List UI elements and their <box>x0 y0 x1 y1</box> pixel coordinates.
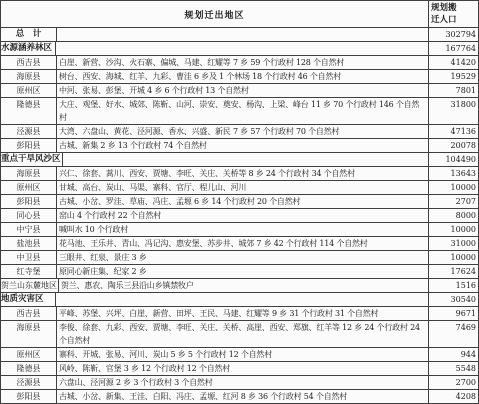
region-villages-text: 甘城、高台、炭山、马渠、寨科、官厅、程儿山、河川 <box>57 181 428 194</box>
region-name: 海原县 <box>1 70 56 83</box>
region-villages-text: 古城、新集 2 乡 13 个行政村 74 个自然村 <box>57 139 428 152</box>
table-row: 盐池县 花马池、王乐井、青山、冯记沟、惠安堡、苏步井、城郊 7 乡 42 个行政… <box>1 236 478 250</box>
population-value: 30540 <box>428 293 478 306</box>
population-value: 7801 <box>428 84 478 97</box>
region-name: 重点干旱风沙区 <box>1 153 62 166</box>
population-value: 5548 <box>428 362 478 375</box>
population-value: 20078 <box>428 139 478 152</box>
region-name: 中宁县 <box>1 223 56 236</box>
table-row: 中卫县 三眼井、红泉、景庄 3 乡 10000 <box>1 250 478 264</box>
population-value: 10000 <box>428 251 478 264</box>
population-value: 47136 <box>428 125 478 138</box>
population-value: 8000 <box>428 209 478 222</box>
region-villages-text: 白崖、新营、沙沟、火石寨、偏城、马建、红耀等 7 乡 59 个行政村 128 个… <box>57 56 428 69</box>
region-villages-text: 窑山 4 个行政村 22 个自然村 <box>57 209 428 222</box>
region-villages-text: 贺兰、惠农、陶乐三县沿山乡镇禁牧户 <box>59 279 428 292</box>
table-row: 隆德县 风岭、陈靳、官堡 3 乡 12 个行政村 12 个自然村 5548 <box>1 361 478 375</box>
region-name: 地质灾害区 <box>1 293 55 306</box>
header-population-line1: 规划搬 <box>431 2 478 14</box>
table-row: 重点干旱风沙区 104490 <box>1 152 478 166</box>
region-name: 红寺堡 <box>1 265 56 278</box>
table-row: 原州区 寨科、开城、张易、河川、炭山 5 乡 5 个行政村 12 个自然村 94… <box>1 347 478 361</box>
region-villages-text: 三眼井、红泉、景庄 3 乡 <box>57 251 428 264</box>
region-villages-text <box>57 28 428 41</box>
region-name: 彭阳县 <box>1 195 56 208</box>
region-villages-text: 大庄、观堡、好水、城郊、陈靳、山河、崇安、奠安、杨沟、上梁、峰台 11 乡 70… <box>57 98 428 124</box>
region-villages-text: 大湾、六盘山、黄花、泾河源、香水、兴盛、新民 7 乡 57 个行政村 70 个自… <box>57 125 428 138</box>
table-row: 红寺堡 原同心新庄集、纪家 2 乡 17624 <box>1 264 478 278</box>
region-name: 原州区 <box>1 84 56 97</box>
region-name: 总 计 <box>1 28 56 41</box>
population-value: 104490 <box>428 153 478 166</box>
region-name: 中卫县 <box>1 251 56 264</box>
region-villages-text <box>56 42 428 55</box>
region-villages-text: 原同心新庄集、纪家 2 乡 <box>57 265 428 278</box>
population-value: 1516 <box>428 279 478 292</box>
region-villages-text: 寨科、开城、张易、河川、炭山 5 乡 5 个行政村 12 个自然村 <box>57 348 428 361</box>
region-villages-text: 喊叫水 10 个行政村 <box>57 223 428 236</box>
region-name: 彭阳县 <box>1 390 56 403</box>
population-value: 7469 <box>428 321 478 347</box>
region-villages-text <box>63 153 428 166</box>
region-villages-text: 中河、张易、彭堡、开城 4 乡 6 个行政村 13 个自然村 <box>57 84 428 97</box>
region-name: 原州区 <box>1 348 56 361</box>
region-name: 泾源县 <box>1 125 56 138</box>
table-row: 西吉县 平峰、苏堡、兴坪、白崖、新营、田坪、王民、马建、红耀等 9 乡 31 个… <box>1 306 478 320</box>
header-region-column: 规划迁出地区 <box>1 1 428 27</box>
table-row: 中宁县 喊叫水 10 个行政村 10000 <box>1 222 478 236</box>
region-name: 水源涵养林区 <box>1 42 55 55</box>
table-row: 彭阳县 古城、新集 2 乡 13 个行政村 74 个自然村 20078 <box>1 138 478 152</box>
table-body: 总 计 302794 水源涵养林区 167764 西吉县 白崖、新营、沙沟、火石… <box>1 27 478 403</box>
table-row: 原州区 中河、张易、彭堡、开城 4 乡 6 个行政村 13 个自然村 7801 <box>1 83 478 97</box>
table-row: 泾源县 六盘山、泾河源 2 乡 3 个行政村 3 个自然村 2700 <box>1 375 478 389</box>
table-row: 总 计 302794 <box>1 27 478 41</box>
population-value: 4208 <box>428 390 478 403</box>
region-name: 隆德县 <box>1 98 56 124</box>
table-row: 同心县 窑山 4 个行政村 22 个自然村 8000 <box>1 208 478 222</box>
population-value: 41420 <box>428 56 478 69</box>
region-villages-text: 六盘山、泾河源 2 乡 3 个行政村 3 个自然村 <box>57 376 428 389</box>
population-value: 167764 <box>428 42 478 55</box>
population-value: 10000 <box>428 223 478 236</box>
region-villages-text: 树台、西安、海城、红羊、九彩、曹洼 6 乡及 1 个林场 18 个行政村 46 … <box>57 70 428 83</box>
table-row: 泾源县 大湾、六盘山、黄花、泾河源、香水、兴盛、新民 7 乡 57 个行政村 7… <box>1 124 478 138</box>
population-value: 2700 <box>428 376 478 389</box>
region-name: 贺兰山东麓地区 <box>1 279 58 292</box>
region-name: 彭阳县 <box>1 139 56 152</box>
population-value: 19529 <box>428 70 478 83</box>
population-value: 17624 <box>428 265 478 278</box>
table-header-row: 规划迁出地区 规划搬 迁人口 <box>1 1 478 27</box>
table-row: 彭阳县 古城、小岔、新集、王洼、白阳、冯庄、孟塬、红河 8 乡 36 个行政村 … <box>1 389 478 403</box>
region-name: 西吉县 <box>1 307 56 320</box>
relocation-table: 规划迁出地区 规划搬 迁人口 总 计 302794 水源涵养林区 167764 … <box>0 0 479 404</box>
header-population-column: 规划搬 迁人口 <box>428 1 478 27</box>
region-name: 海原县 <box>1 321 56 347</box>
region-name: 海原县 <box>1 167 56 180</box>
table-row: 贺兰山东麓地区 贺兰、惠农、陶乐三县沿山乡镇禁牧户 1516 <box>1 278 478 292</box>
population-value: 31800 <box>428 98 478 124</box>
region-name: 西吉县 <box>1 56 56 69</box>
population-value: 31000 <box>428 237 478 250</box>
table-row: 西吉县 白崖、新营、沙沟、火石寨、偏城、马建、红耀等 7 乡 59 个行政村 1… <box>1 55 478 69</box>
region-name: 同心县 <box>1 209 56 222</box>
population-value: 2707 <box>428 195 478 208</box>
header-population-line2: 迁人口 <box>431 14 478 26</box>
table-row: 海原县 兴仁、徐套、蒿川、西安、贾塘、李旺、关庄、关桥等 8 乡 24 个行政村… <box>1 166 478 180</box>
region-name: 原州区 <box>1 181 56 194</box>
region-villages-text: 古城、小岔、罗洼、草庙、冯庄、孟塬 6 乡 14 个行政村 20 个自然村 <box>57 195 428 208</box>
table-row: 地质灾害区 30540 <box>1 292 478 306</box>
table-row: 彭阳县 古城、小岔、罗洼、草庙、冯庄、孟塬 6 乡 14 个行政村 20 个自然… <box>1 194 478 208</box>
population-value: 13643 <box>428 167 478 180</box>
population-value: 10000 <box>428 181 478 194</box>
region-name: 泾源县 <box>1 376 56 389</box>
population-value: 302794 <box>428 28 478 41</box>
region-villages-text: 古城、小岔、新集、王洼、白阳、冯庄、孟塬、红河 8 乡 36 个行政村 54 个… <box>57 390 428 403</box>
region-villages-text: 平峰、苏堡、兴坪、白崖、新营、田坪、王民、马建、红耀等 9 乡 31 个行政村 … <box>57 307 428 320</box>
region-name: 盐池县 <box>1 237 56 250</box>
region-villages-text: 风岭、陈靳、官堡 3 乡 12 个行政村 12 个自然村 <box>57 362 428 375</box>
population-value: 944 <box>428 348 478 361</box>
table-row: 海原县 树台、西安、海城、红羊、九彩、曹洼 6 乡及 1 个林场 18 个行政村… <box>1 69 478 83</box>
table-row: 隆德县 大庄、观堡、好水、城郊、陈靳、山河、崇安、奠安、杨沟、上梁、峰台 11 … <box>1 97 478 124</box>
document-page: 规划迁出地区 规划搬 迁人口 总 计 302794 水源涵养林区 167764 … <box>0 0 479 404</box>
region-villages-text: 花马池、王乐井、青山、冯记沟、惠安堡、苏步井、城郊 7 乡 42 个行政村 11… <box>57 237 428 250</box>
table-row: 原州区 甘城、高台、炭山、马渠、寨科、官厅、程儿山、河川 10000 <box>1 180 478 194</box>
table-row: 水源涵养林区 167764 <box>1 41 478 55</box>
region-villages-text <box>56 293 428 306</box>
table-row: 海原县 李俊、徐套、九彩、西安、贾塘、李旺、关庄、关桥、高崖、西安、郑旗、红羊等… <box>1 320 478 347</box>
region-villages-text: 兴仁、徐套、蒿川、西安、贾塘、李旺、关庄、关桥等 8 乡 24 个行政村 34 … <box>57 167 428 180</box>
region-name: 隆德县 <box>1 362 56 375</box>
population-value: 9671 <box>428 307 478 320</box>
region-villages-text: 李俊、徐套、九彩、西安、贾塘、李旺、关庄、关桥、高崖、西安、郑旗、红羊等 12 … <box>57 321 428 347</box>
